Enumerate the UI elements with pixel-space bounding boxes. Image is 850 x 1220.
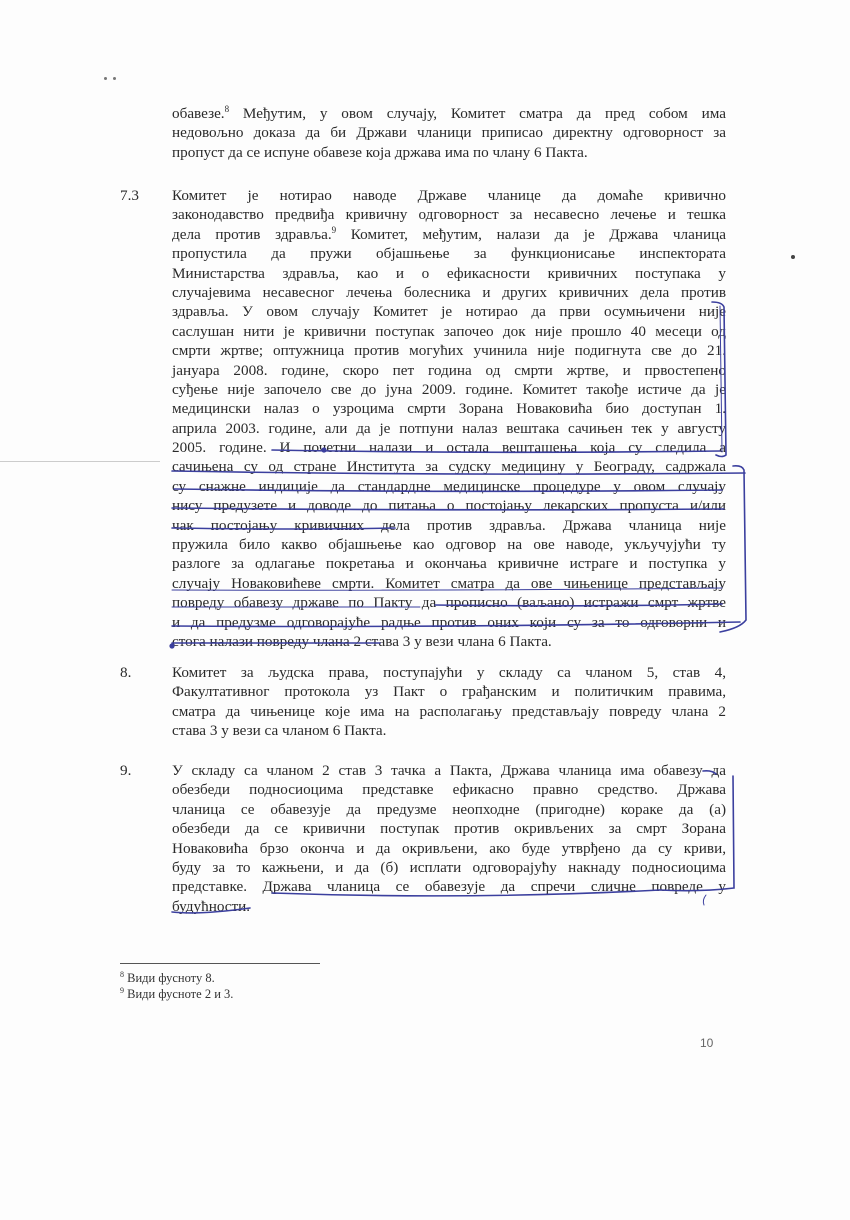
text-line: смрти жртве; оптужница против могућих уч… xyxy=(172,341,726,360)
text-line: случајевима несавесног лечења болесника … xyxy=(172,283,726,302)
footnote-separator xyxy=(120,963,320,964)
text-line: су снажне индиције да стандардне медицин… xyxy=(172,477,726,496)
text-line: Новаковића брзо оконча и да окривљени, а… xyxy=(172,839,726,858)
text-line: разлоге за одлагање покретања и окончања… xyxy=(172,554,726,573)
footnote-mark: 8 xyxy=(120,970,124,979)
continuation-paragraph: обавезе.8 Међутим, у овом случају, Комит… xyxy=(172,104,726,162)
footnote-9: 9 Види фусноте 2 и 3. xyxy=(120,986,233,1002)
text-line: обезбеди подносиоцима представке ефикасн… xyxy=(172,780,726,799)
text-line: обавезе.8 Међутим, у овом случају, Комит… xyxy=(172,104,726,123)
text-line: будућности. xyxy=(172,897,726,916)
footnote-8: 8 Види фусноту 8. xyxy=(120,970,215,986)
text-line: дела против здравља.9 Комитет, међутим, … xyxy=(172,225,726,244)
paragraph-number-9: 9. xyxy=(120,761,131,780)
footnote-text: Види фусноте 2 и 3. xyxy=(127,987,233,1001)
text-line: представке. Држава чланица се обавезује … xyxy=(172,877,726,896)
text-line: У складу са чланом 2 став 3 тачка а Пакт… xyxy=(172,761,726,780)
text-line: недовољно доказа да би Држави чланици пр… xyxy=(172,123,726,142)
text-line: Министарства здравља, као и о ефикасност… xyxy=(172,264,726,283)
scan-speck xyxy=(113,77,116,80)
scan-fold-mark xyxy=(0,461,160,462)
footnote-text: Види фусноту 8. xyxy=(127,971,215,985)
footnote-reference: 8 xyxy=(225,104,230,114)
text-line: 2005. године. И почетни налази и остала … xyxy=(172,438,726,457)
paragraph-number-7-3: 7.3 xyxy=(120,186,139,205)
text-line: законодавство предвиђа кривичну одговорн… xyxy=(172,205,726,224)
footnote-reference: 9 xyxy=(332,225,337,235)
text-line: суђење није започело све до јуна 2009. г… xyxy=(172,380,726,399)
text-line: априла 2003. године, али да је потпуни н… xyxy=(172,419,726,438)
text-line: сматра да чињенице које има на располага… xyxy=(172,702,726,721)
text-line: пружила било какво објашњење као одговор… xyxy=(172,535,726,554)
text-line: буду за то кажњени, и да (б) исплати одг… xyxy=(172,858,726,877)
text-line: Комитет за људска права, поступајући у с… xyxy=(172,663,726,682)
text-line: стога налази повреду члана 2 става 3 у в… xyxy=(172,632,726,651)
text-line: Факултативног протокола уз Пакт о грађан… xyxy=(172,682,726,701)
text-line: нису предузете и доводе до питања о пост… xyxy=(172,496,726,515)
text-line: Комитет је нотирао наводе Државе чланице… xyxy=(172,186,726,205)
text-line: чланица се обавезује да предузме неопход… xyxy=(172,800,726,819)
text-line: чак постојању кривичних дела против здра… xyxy=(172,516,726,535)
paragraph-7-3: Комитет је нотирао наводе Државе чланице… xyxy=(172,186,726,651)
scan-speck xyxy=(791,255,795,259)
page-number: 10 xyxy=(700,1036,713,1050)
text-line: саслушан нити је кривични поступак започ… xyxy=(172,322,726,341)
paragraph-number-8: 8. xyxy=(120,663,131,682)
paragraph-9: У складу са чланом 2 став 3 тачка а Пакт… xyxy=(172,761,726,916)
text-line: случају Новаковићеве смрти. Комитет смат… xyxy=(172,574,726,593)
footnote-mark: 9 xyxy=(120,986,124,995)
text-line: пропустила да пружи објашњење за функцио… xyxy=(172,244,726,263)
scan-speck xyxy=(104,77,107,80)
text-line: става 3 у вези са чланом 6 Пакта. xyxy=(172,721,726,740)
text-line: медицински налаз о узроцима смрти Зорана… xyxy=(172,399,726,418)
text-line: обезбеди да се кривични поступак против … xyxy=(172,819,726,838)
text-line: пропуст да се испуне обавезе која држава… xyxy=(172,143,726,162)
paragraph-8: Комитет за људска права, поступајући у с… xyxy=(172,663,726,741)
text-line: јануара 2008. године, скоро пет година о… xyxy=(172,361,726,380)
text-line: повреду обавезу државе по Пакту да пропи… xyxy=(172,593,726,612)
text-line: и да предузме одговорајуће радње против … xyxy=(172,613,726,632)
text-line: сачињена су од стране Института за судск… xyxy=(172,457,726,476)
text-line: здравља. У овом случају Комитет је нотир… xyxy=(172,302,726,321)
scanned-document-page: обавезе.8 Међутим, у овом случају, Комит… xyxy=(0,0,850,1220)
